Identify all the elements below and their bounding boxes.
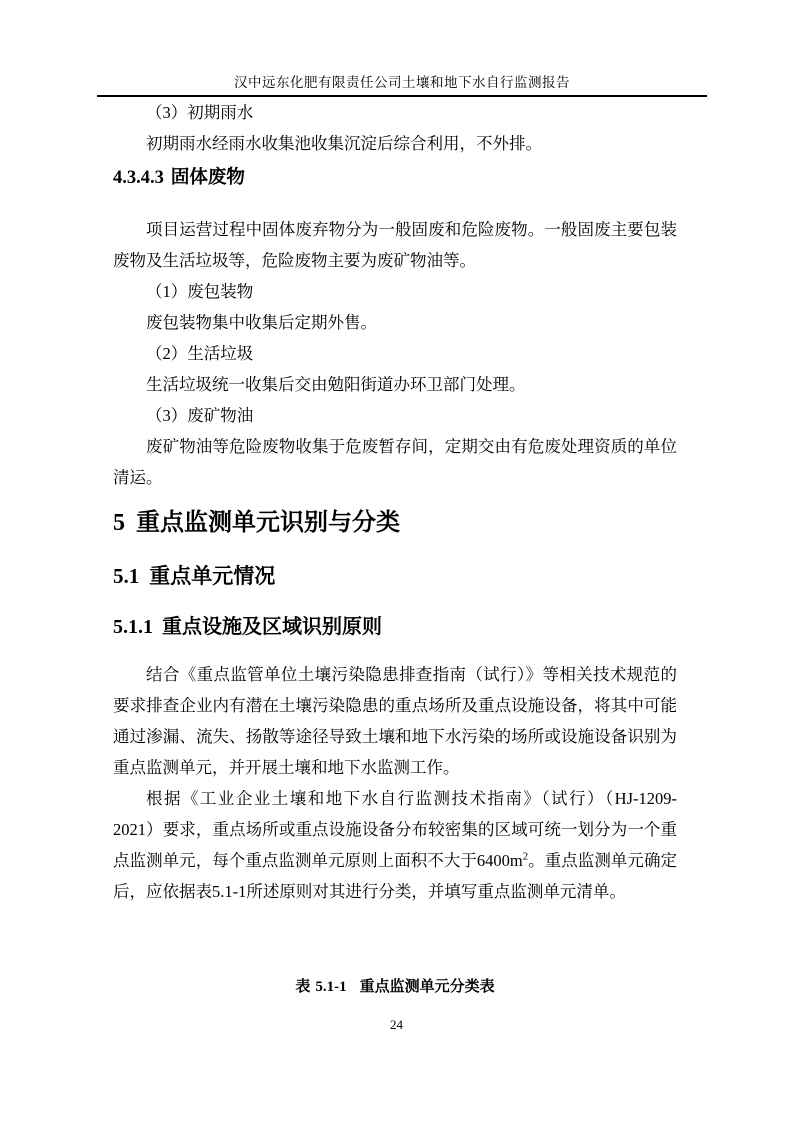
heading-text: 重点监测单元识别与分类 (136, 509, 400, 536)
page-number: 24 (0, 1017, 793, 1033)
caption-number: 5.1-1 (315, 979, 346, 995)
paragraph-waste-packaging: 废包装物集中收集后定期外售。 (113, 307, 677, 338)
heading-number: 5.1.1 (113, 616, 153, 638)
heading-text: 固体废物 (171, 166, 245, 187)
heading-number: 5 (113, 510, 125, 536)
heading-5-1-1: 5.1.1重点设施及区域识别原则 (113, 610, 677, 644)
paragraph-unit-division: 根据《工业企业土壤和地下水自行监测技术指南》（试行）（HJ-1209-2021）… (113, 783, 677, 907)
caption-title: 重点监测单元分类表 (360, 978, 495, 995)
header-title: 汉中远东化肥有限责任公司土壤和地下水自行监测报告 (234, 75, 570, 90)
table-caption: 表5.1-1重点监测单元分类表 (113, 976, 677, 998)
paragraph-waste-mineral-oil: 废矿物油等危险废物收集于危废暂存间，定期交由有危废处理资质的单位清运。 (113, 431, 677, 493)
heading-number: 5.1 (113, 564, 139, 588)
page-header: 汉中远东化肥有限责任公司土壤和地下水自行监测报告 (97, 75, 707, 97)
paragraph-identification-principles: 结合《重点监管单位土壤污染隐患排查指南（试行）》等相关技术规范的要求排查企业内有… (113, 659, 677, 783)
heading-chapter-5: 5重点监测单元识别与分类 (113, 503, 677, 543)
paragraph-initial-rainwater: 初期雨水经雨水收集池收集沉淀后综合利用，不外排。 (113, 128, 677, 159)
document-page: 汉中远东化肥有限责任公司土壤和地下水自行监测报告 （3）初期雨水 初期雨水经雨水… (0, 0, 793, 1122)
heading-5-1: 5.1重点单元情况 (113, 558, 677, 595)
list-item-initial-rainwater: （3）初期雨水 (113, 97, 677, 128)
paragraph-domestic-garbage: 生活垃圾统一收集后交由勉阳街道办环卫部门处理。 (113, 369, 677, 400)
heading-text: 重点单元情况 (149, 565, 275, 588)
list-item-waste-packaging: （1）废包装物 (113, 276, 677, 307)
paragraph-solid-waste-intro: 项目运营过程中固体废弃物分为一般固废和危险废物。一般固废主要包装废物及生活垃圾等… (113, 214, 677, 276)
list-item-domestic-garbage: （2）生活垃圾 (113, 338, 677, 369)
list-item-waste-mineral-oil: （3）废矿物油 (113, 400, 677, 431)
caption-prefix: 表 (295, 978, 310, 995)
page-content: （3）初期雨水 初期雨水经雨水收集池收集沉淀后综合利用，不外排。 4.3.4.3… (113, 97, 677, 998)
heading-4343-solid-waste: 4.3.4.3固体废物 (113, 161, 677, 194)
heading-number: 4.3.4.3 (113, 168, 164, 188)
heading-text: 重点设施及区域识别原则 (162, 616, 382, 638)
